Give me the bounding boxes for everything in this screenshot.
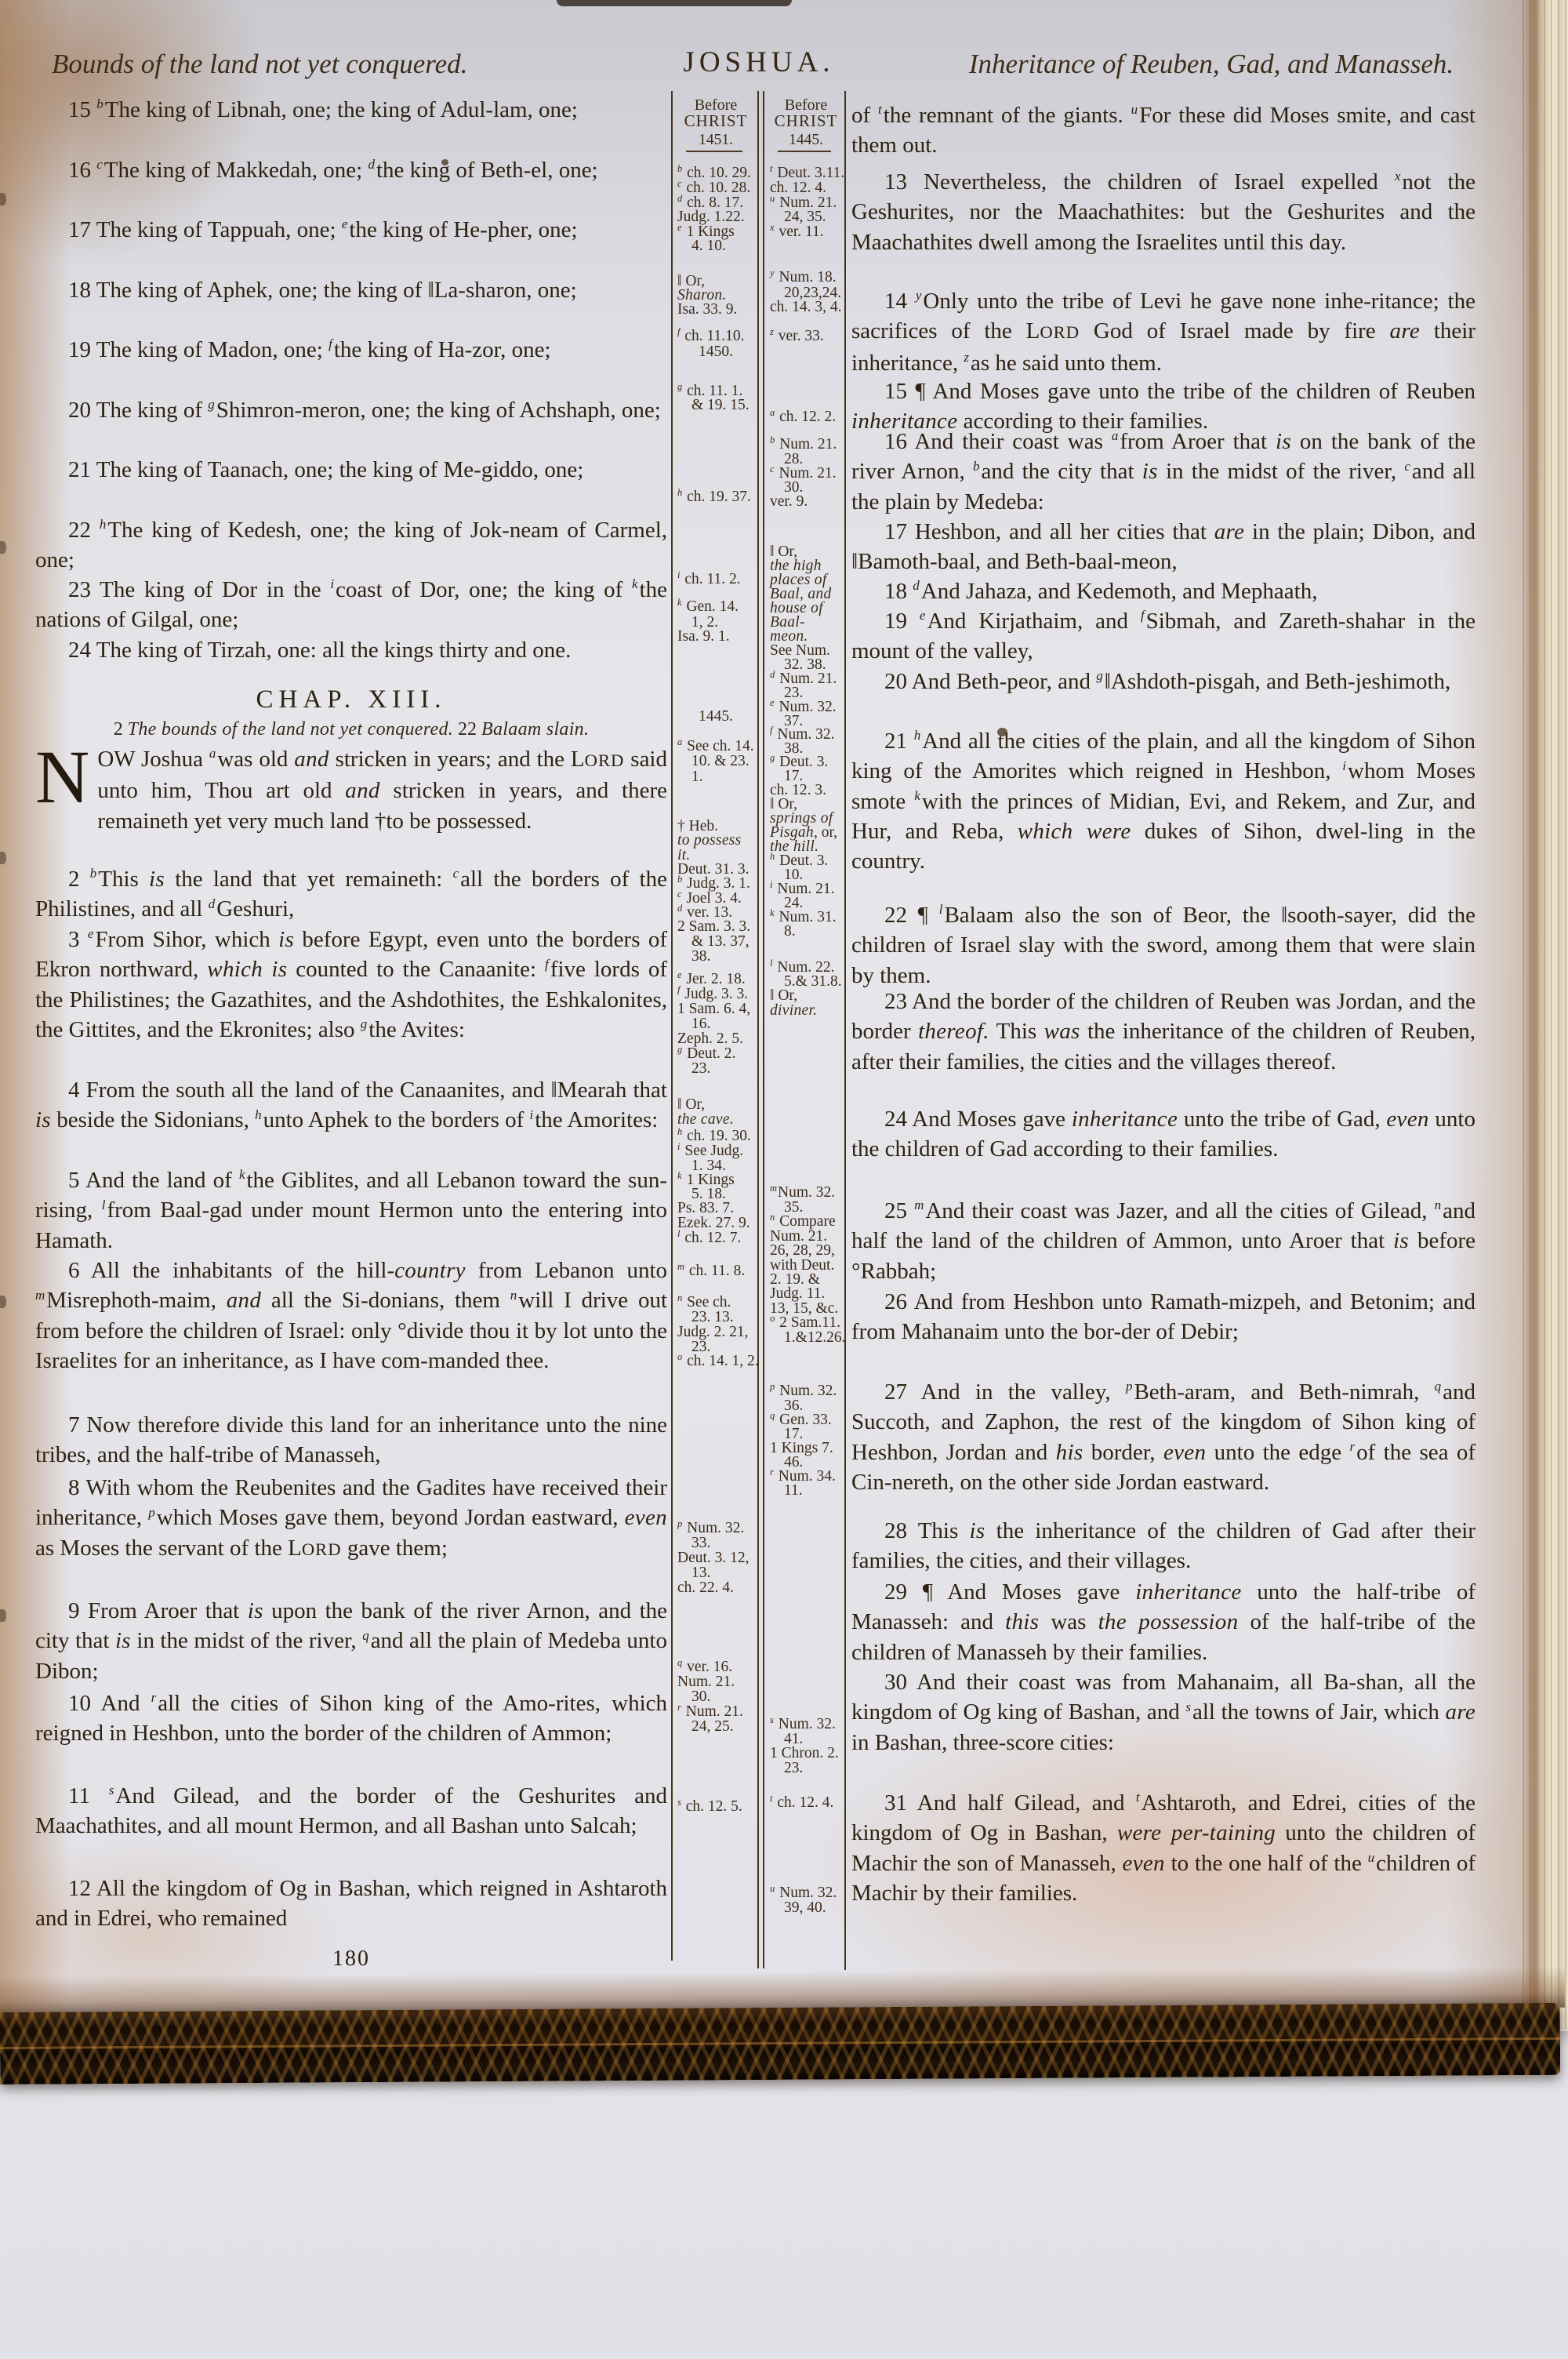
drop-cap: N bbox=[35, 746, 89, 807]
verse-right: 16 And their coast was afrom Aroer that … bbox=[851, 427, 1475, 517]
cross-reference: 38. bbox=[677, 948, 754, 965]
verse-left: 19 The king of Madon, one; fthe king of … bbox=[35, 335, 667, 365]
cross-reference: o 2 Sam.11. bbox=[770, 1314, 842, 1331]
column-rule bbox=[763, 91, 764, 1968]
cross-reference: y Num. 18. bbox=[770, 269, 842, 285]
verse-left: 3 eFrom Sihor, which is before Egypt, ev… bbox=[35, 925, 667, 1045]
verse-right: 19 eAnd Kirjathaim, and fSibmah, and Zar… bbox=[851, 606, 1475, 667]
verse-right: 29 ¶ And Moses gave inheritance unto the… bbox=[851, 1577, 1475, 1667]
cross-reference: ch. 22. 4. bbox=[677, 1579, 754, 1596]
cross-reference: 24, 25. bbox=[677, 1718, 754, 1735]
cross-reference: ‖ Or, bbox=[677, 1096, 754, 1113]
cross-reference: 23. 13. bbox=[677, 1309, 754, 1325]
cross-reference: s ch. 12. 5. bbox=[677, 1798, 754, 1815]
cross-reference: & 19. 15. bbox=[677, 397, 754, 413]
verse-right: 30 And their coast was from Mahanaim, al… bbox=[851, 1667, 1475, 1757]
verse-left: 18 The king of Aphek, one; the king of ‖… bbox=[35, 275, 667, 305]
cross-reference: q ver. 16. bbox=[677, 1659, 754, 1675]
reference-divider bbox=[778, 151, 831, 152]
verse-left: 12 All the kingdom of Og in Bashan, whic… bbox=[35, 1874, 667, 1934]
cross-reference: a ch. 12. 2. bbox=[770, 409, 842, 425]
cross-reference: 13. bbox=[677, 1565, 754, 1581]
verse-right: 14 yOnly unto the tribe of Levi he gave … bbox=[851, 286, 1475, 378]
verse-left: 7 Now therefore divide this land for an … bbox=[35, 1410, 667, 1470]
cross-reference: 1445. bbox=[677, 708, 754, 725]
cross-reference: c ch. 10. 28. bbox=[677, 180, 754, 196]
torn-edge-mark bbox=[0, 541, 6, 554]
reference-column-right: BeforeCHRIST1445.t Deut. 3.11.ch. 12. 4.… bbox=[765, 0, 844, 2008]
cross-reference: z ver. 33. bbox=[770, 328, 842, 344]
cross-reference: 10. & 23. bbox=[677, 753, 754, 769]
cross-reference: g Deut. 2. bbox=[677, 1045, 754, 1062]
verse-right: 28 This is the inheritance of the childr… bbox=[851, 1516, 1475, 1576]
column-rule bbox=[757, 91, 759, 1968]
cross-reference: 2 Sam. 3. 3. bbox=[677, 918, 754, 935]
cross-reference: b Num. 21. bbox=[770, 436, 842, 453]
verse-right: 20 And Beth-peor, and g‖Ashdoth-pisgah, … bbox=[851, 667, 1475, 696]
cross-reference: Judg. 2. 21, bbox=[677, 1324, 754, 1340]
cross-reference: k Gen. 14. bbox=[677, 598, 754, 615]
cross-reference: 1.&12.26. bbox=[770, 1329, 842, 1346]
cross-reference: Judg. 1.22. bbox=[677, 209, 754, 225]
verse-left: 15 bThe king of Libnah, one; the king of… bbox=[35, 95, 667, 125]
verse-right: 27 And in the valley, pBeth-aram, and Be… bbox=[851, 1377, 1475, 1497]
cross-reference: b ch. 10. 29. bbox=[677, 165, 754, 181]
scanned-book-page: Bounds of the land not yet conquered. JO… bbox=[0, 0, 1568, 2359]
cross-reference: 26, 28, 29, bbox=[770, 1242, 842, 1259]
verse-left: 16 cThe king of Makkedah, one; dthe king… bbox=[35, 155, 667, 185]
column-rule bbox=[844, 91, 846, 1970]
cross-reference: 8. bbox=[770, 923, 842, 940]
cross-reference: t ch. 12. 4. bbox=[770, 1794, 842, 1811]
cross-reference: 1450. bbox=[677, 343, 754, 360]
verse-right: 31 And half Gilead, and tAshtaroth, and … bbox=[851, 1788, 1475, 1908]
cross-reference: 23. bbox=[677, 1060, 754, 1077]
verse-left: 20 The king of gShimron-meron, one; the … bbox=[35, 395, 667, 425]
cross-reference: 23. bbox=[770, 1760, 842, 1776]
gutter-shadow bbox=[557, 0, 792, 6]
verse-right: 26 And from Heshbon unto Ramath-mizpeh, … bbox=[851, 1287, 1475, 1347]
page-number: 180 bbox=[35, 1946, 667, 1972]
cross-reference: Isa. 9. 1. bbox=[677, 628, 754, 645]
cross-reference: 30. bbox=[677, 1688, 754, 1705]
cross-reference: ch. 14. 3, 4. bbox=[770, 299, 842, 315]
cross-reference: 24, 35. bbox=[770, 209, 842, 225]
verse-right: 18 dAnd Jahaza, and Kedemoth, and Mephaa… bbox=[851, 576, 1475, 606]
cross-reference: 1445. bbox=[770, 132, 842, 148]
cross-reference: 1 Sam. 6. 4, bbox=[677, 1001, 754, 1017]
cross-reference: CHRIST bbox=[677, 113, 754, 129]
verse-left: 9 From Aroer that is upon the bank of th… bbox=[35, 1596, 667, 1686]
cross-reference: b Judg. 3. 1. bbox=[677, 875, 754, 892]
cross-reference: s Num. 32. bbox=[770, 1716, 842, 1732]
verse-left: NOW Joshua awas old and stricken in year… bbox=[35, 744, 667, 836]
cross-reference: 39, 40. bbox=[770, 1899, 842, 1916]
cross-reference: n See ch. bbox=[677, 1294, 754, 1310]
cross-reference: r Num. 21. bbox=[677, 1703, 754, 1720]
verse-right: 21 hAnd all the cities of the plain, and… bbox=[851, 726, 1475, 876]
cross-reference: Isa. 33. 9. bbox=[677, 301, 754, 318]
reference-divider bbox=[686, 151, 742, 152]
cross-reference: to possess bbox=[677, 832, 754, 849]
cross-reference: Judg. 11. bbox=[770, 1285, 842, 1302]
page-fore-edge bbox=[1523, 0, 1568, 2030]
chapter-summary: 2 The bounds of the land not yet conquer… bbox=[35, 719, 667, 740]
verse-left: 8 With whom the Reubenites and the Gadit… bbox=[35, 1473, 667, 1565]
cross-reference: a See ch. 14. bbox=[677, 738, 754, 754]
cross-reference: n Compare bbox=[770, 1213, 842, 1230]
cross-reference: h ch. 19. 37. bbox=[677, 489, 754, 505]
cross-reference: p Num. 32. bbox=[677, 1520, 754, 1536]
verse-right: of tthe remnant of the giants. uFor thes… bbox=[851, 100, 1475, 161]
verse-right: 25 mAnd their coast was Jazer, and all t… bbox=[851, 1196, 1475, 1286]
verse-right: 22 ¶ lBalaam also the son of Beor, the ‖… bbox=[851, 900, 1475, 990]
cross-reference: CHRIST bbox=[770, 113, 842, 129]
cross-reference: t Deut. 3.11. bbox=[770, 165, 842, 181]
cross-reference: ‖ Or, bbox=[770, 987, 842, 1004]
cross-reference: 11. bbox=[770, 1482, 842, 1499]
verse-left: 4 From the south all the land of the Can… bbox=[35, 1075, 667, 1136]
cross-reference: & 13. 37, bbox=[677, 933, 754, 950]
cross-reference: 1451. bbox=[677, 132, 754, 148]
verse-left: 21 The king of Taanach, one; the king of… bbox=[35, 455, 667, 485]
verse-left: 11 sAnd Gilead, and the border of the Ge… bbox=[35, 1781, 667, 1841]
cross-reference: 16. bbox=[677, 1016, 754, 1032]
cross-reference: Ezek. 27. 9. bbox=[677, 1215, 754, 1231]
book-page: Bounds of the land not yet conquered. JO… bbox=[0, 0, 1568, 2031]
cross-reference: f ch. 11.10. bbox=[677, 328, 754, 344]
cross-reference: Zeph. 2. 5. bbox=[677, 1030, 754, 1047]
chapter-heading: CHAP. XIII. bbox=[35, 685, 667, 714]
cross-reference: Ps. 83. 7. bbox=[677, 1200, 754, 1216]
verse-left: 10 And rall the cities of Sihon king of … bbox=[35, 1688, 667, 1749]
reference-column-left: BeforeCHRIST1451.b ch. 10. 29.c ch. 10. … bbox=[673, 0, 756, 2008]
cross-reference: f Judg. 3. 3. bbox=[677, 986, 754, 1002]
cross-reference: Num. 21. bbox=[677, 1674, 754, 1690]
cross-reference: o ch. 14. 1, 2. bbox=[677, 1353, 754, 1369]
cross-reference: e Jer. 2. 18. bbox=[677, 971, 754, 987]
verse-left: 22 hThe king of Kedesh, one; the king of… bbox=[35, 515, 667, 576]
cross-reference: ch. 12. 4. bbox=[770, 180, 842, 196]
cross-reference: diviner. bbox=[770, 1002, 842, 1019]
gilt-binding-edge bbox=[0, 2003, 1560, 2085]
cross-reference: mNum. 32. bbox=[770, 1184, 842, 1201]
verse-right: 23 And the border of the children of Reu… bbox=[851, 987, 1475, 1077]
cross-reference: u Num. 32. bbox=[770, 1885, 842, 1901]
torn-edge-mark bbox=[0, 852, 6, 864]
cross-reference: l ch. 12. 7. bbox=[677, 1230, 754, 1246]
ink-speck bbox=[997, 728, 1007, 736]
verse-right: 24 And Moses gave inheritance unto the t… bbox=[851, 1104, 1475, 1165]
cross-reference: 4. 10. bbox=[677, 238, 754, 254]
scripture-column-right: of tthe remnant of the giants. uFor thes… bbox=[851, 0, 1475, 2008]
verse-left: 2 bThis is the land that yet remaineth: … bbox=[35, 864, 667, 925]
ink-speck bbox=[441, 159, 448, 165]
cross-reference: h ch. 19. 30. bbox=[677, 1128, 754, 1144]
cross-reference: ver. 9. bbox=[770, 493, 842, 510]
cross-reference: Deut. 3. 12, bbox=[677, 1550, 754, 1566]
verse-left: 5 And the land of kthe Giblites, and all… bbox=[35, 1165, 667, 1256]
cross-reference: 1 Chron. 2. bbox=[770, 1745, 842, 1761]
cross-reference: 33. bbox=[677, 1535, 754, 1551]
verse-right: 17 Heshbon, and all her cities that are … bbox=[851, 517, 1475, 577]
torn-edge-mark bbox=[0, 1296, 6, 1308]
cross-reference: x ver. 11. bbox=[770, 224, 842, 240]
cross-reference: the cave. bbox=[677, 1111, 754, 1128]
cross-reference: 1. bbox=[677, 769, 754, 785]
cross-reference: i See Judg. bbox=[677, 1143, 754, 1159]
verse-right: 13 Nevertheless, the children of Israel … bbox=[851, 167, 1475, 257]
cross-reference: p Num. 32. bbox=[770, 1383, 842, 1399]
verse-left: 24 The king of Tirzah, one: all the king… bbox=[35, 635, 667, 665]
torn-edge-mark bbox=[0, 1609, 6, 1622]
torn-edge-mark bbox=[0, 193, 6, 205]
verse-left: 23 The king of Dor in the icoast of Dor,… bbox=[35, 575, 667, 635]
scripture-column-left: 15 bThe king of Libnah, one; the king of… bbox=[35, 0, 667, 2008]
cross-reference: i ch. 11. 2. bbox=[677, 571, 754, 587]
cross-reference: m ch. 11. 8. bbox=[677, 1263, 754, 1279]
verse-left: 17 The king of Tappuah, one; ethe king o… bbox=[35, 215, 667, 245]
verse-left: 6 All the inhabitants of the hill-countr… bbox=[35, 1256, 667, 1376]
